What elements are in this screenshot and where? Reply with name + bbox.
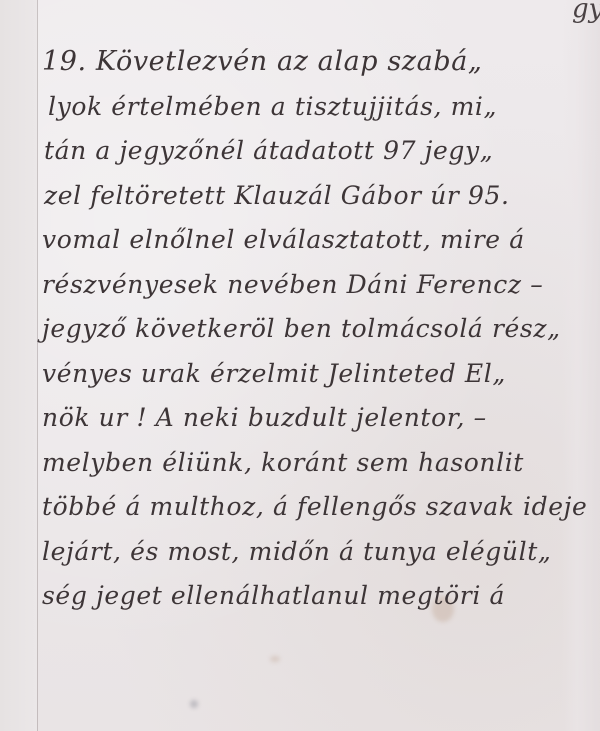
text-line: vényes urak érzelmit Jelinteted El„ bbox=[42, 352, 572, 397]
text-line: részvényesek nevében Dáni Ferencz – bbox=[42, 263, 572, 308]
paper-stain bbox=[190, 700, 198, 708]
corner-text-fragment: gy bbox=[572, 0, 600, 24]
text-line: nök ur ! A neki buzdult jelentor, – bbox=[42, 396, 572, 441]
text-line: zel feltöretett Klauzál Gábor úr 95. bbox=[42, 174, 572, 219]
text-line: lejárt, és most, midőn á tunya elégült„ bbox=[42, 530, 572, 575]
text-line: melyben éliünk, koránt sem hasonlit bbox=[42, 441, 572, 486]
text-line: tán a jegyzőnél átadatott 97 jegy„ bbox=[42, 129, 572, 174]
manuscript-page: gy 19. Követlezvén az alap szabá„ lyok é… bbox=[0, 0, 600, 731]
left-margin bbox=[0, 0, 37, 731]
paper-stain bbox=[270, 656, 280, 662]
text-line: vотal elnőlnel elválasztatott, mire á bbox=[42, 218, 572, 263]
margin-rule-line bbox=[37, 0, 38, 731]
text-line: jegyző követkeröl ben tolmácsolá rész„ bbox=[42, 307, 572, 352]
text-line: ség jeget ellenálhatlanul megtöri á bbox=[42, 574, 572, 619]
text-line: többé á multhoz, á fellengős szavak idej… bbox=[42, 485, 572, 530]
handwritten-text-block: 19. Követlezvén az alap szabá„ lyok érte… bbox=[42, 40, 572, 619]
text-line: lyok értelmében a tisztujjitás, mi„ bbox=[42, 85, 572, 130]
text-line: 19. Követlezvén az alap szabá„ bbox=[42, 40, 572, 85]
